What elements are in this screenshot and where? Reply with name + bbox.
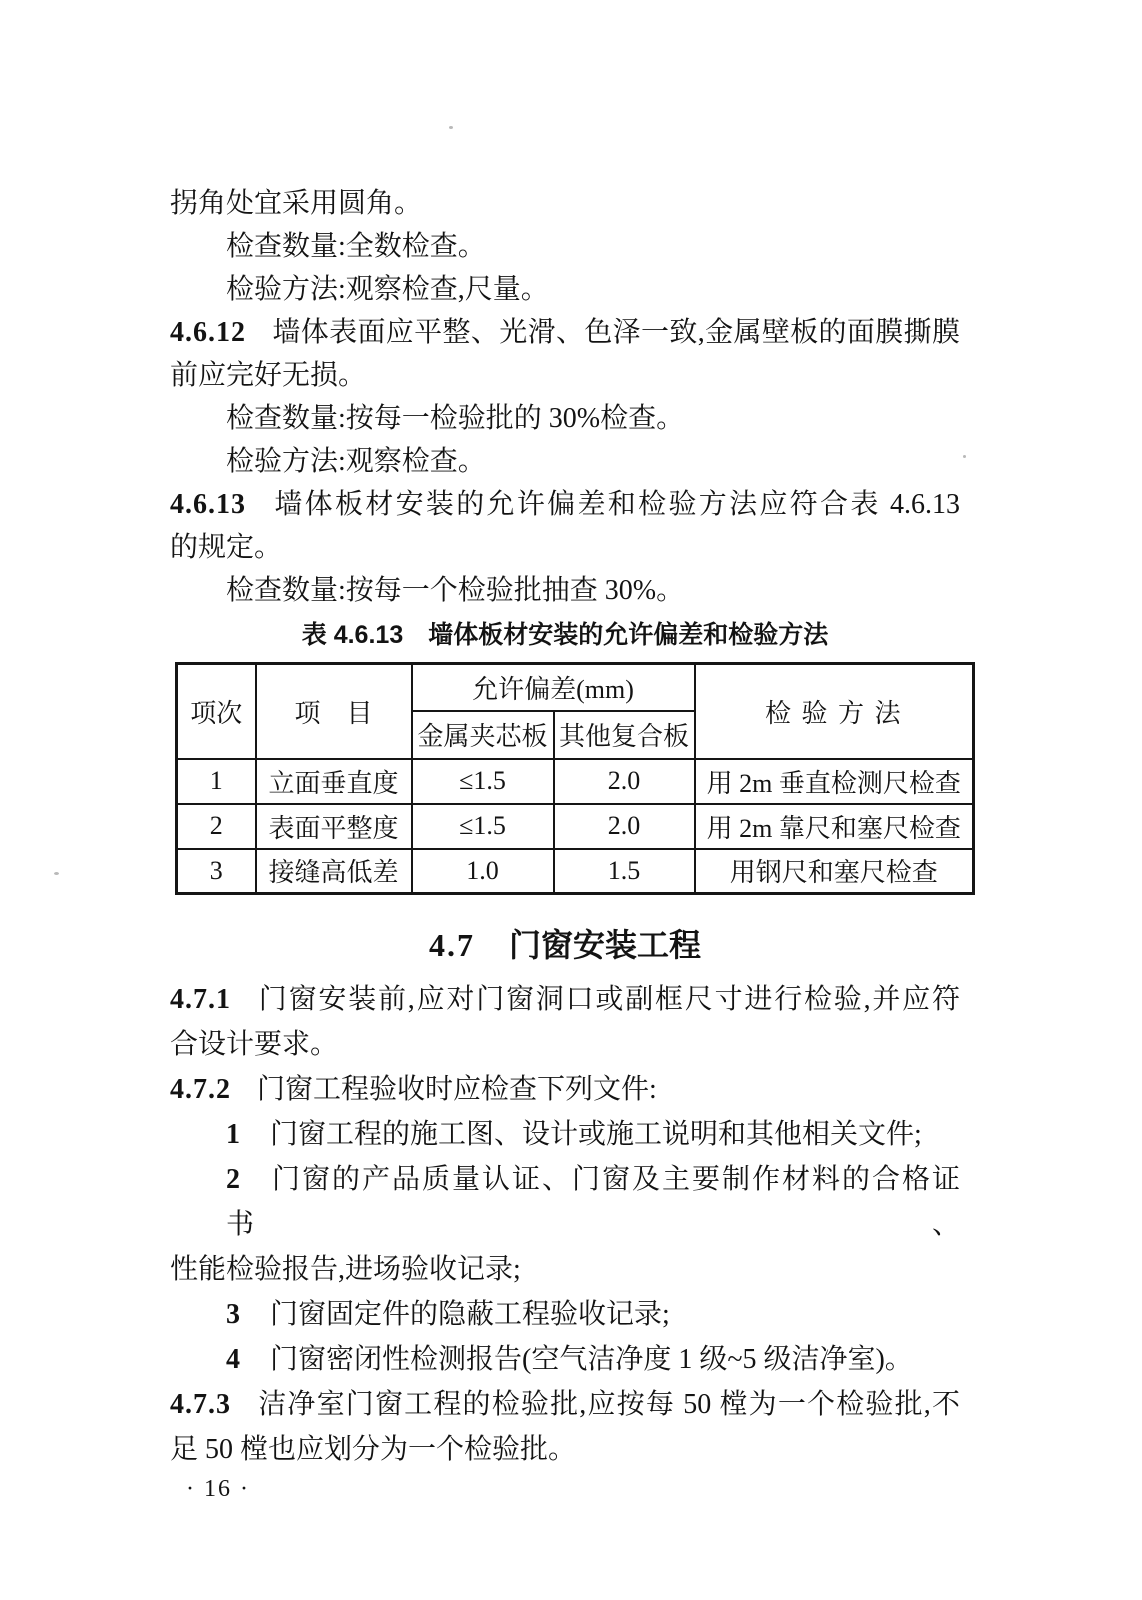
- clause-4-7-2: 4.7.2门窗工程验收时应检查下列文件:: [170, 1067, 960, 1112]
- clause-text: 洁净室门窗工程的检验批,应按每 50 樘为一个检验批,不: [257, 1389, 960, 1420]
- clause-line: 4.6.12墙体表面应平整、光滑、色泽一致,金属壁板的面膜撕膜: [170, 311, 960, 354]
- cell-other: 1.5: [554, 849, 695, 894]
- list-item-1: 1门窗工程的施工图、设计或施工说明和其他相关文件;: [170, 1112, 960, 1157]
- item-text: 门窗工程的施工图、设计或施工说明和其他相关文件;: [270, 1119, 922, 1150]
- clause-4-7-3: 4.7.3洁净室门窗工程的检验批,应按每 50 樘为一个检验批,不 足 50 樘…: [170, 1382, 960, 1472]
- clause-4-6-12: 4.6.12墙体表面应平整、光滑、色泽一致,金属壁板的面膜撕膜 前应完好无损。: [170, 311, 960, 397]
- clause-line: 4.6.13墙体板材安装的允许偏差和检验方法应符合表 4.6.13: [170, 483, 960, 526]
- clause-line: 足 50 樘也应划分为一个检验批。: [170, 1427, 960, 1472]
- check-method-line: 检验方法:观察检查。: [170, 440, 960, 483]
- page-content: 拐角处宜采用圆角。 检查数量:全数检查。 检验方法:观察检查,尺量。 4.6.1…: [170, 182, 960, 1504]
- item-number: 2: [226, 1164, 270, 1195]
- cell-metal: 1.0: [412, 849, 554, 894]
- cell-metal: ≤1.5: [412, 759, 554, 804]
- header-deviation-group: 允许偏差(mm): [412, 664, 695, 711]
- cell-index: 2: [177, 804, 256, 849]
- clause-text: 门窗工程验收时应检查下列文件:: [257, 1074, 657, 1105]
- item-line: 性能检验报告,进场验收记录;: [170, 1247, 960, 1292]
- list-item-3: 3门窗固定件的隐蔽工程验收记录;: [170, 1292, 960, 1337]
- cell-method: 用 2m 垂直检测尺检查: [695, 759, 974, 804]
- clause-text: 墙体表面应平整、光滑、色泽一致,金属壁板的面膜撕膜: [272, 317, 960, 348]
- item-line: 2门窗的产品质量认证、门窗及主要制作材料的合格证书、: [170, 1157, 960, 1247]
- scan-speck: [54, 872, 59, 875]
- table-row: 1 立面垂直度 ≤1.5 2.0 用 2m 垂直检测尺检查: [177, 759, 974, 804]
- cell-index: 1: [177, 759, 256, 804]
- header-index: 项次: [177, 664, 256, 759]
- table-row: 2 表面平整度 ≤1.5 2.0 用 2m 靠尺和塞尺检查: [177, 804, 974, 849]
- header-metal-panel: 金属夹芯板: [412, 711, 554, 759]
- clause-number: 4.6.13: [170, 489, 272, 520]
- scan-speck: [449, 126, 453, 129]
- header-method: 检 验 方 法: [695, 664, 974, 759]
- check-quantity-line: 检查数量:按每一检验批的 30%检查。: [170, 397, 960, 440]
- clause-number: 4.7.3: [170, 1389, 257, 1420]
- table-row: 3 接缝高低差 1.0 1.5 用钢尺和塞尺检查: [177, 849, 974, 894]
- section-4-7-body: 4.7.1门窗安装前,应对门窗洞口或副框尺寸进行检验,并应符 合设计要求。 4.…: [170, 977, 960, 1504]
- section-number: 4.7: [429, 927, 475, 963]
- section-title: 门窗安装工程: [509, 927, 701, 963]
- item-text: 门窗的产品质量认证、门窗及主要制作材料的合格证书、: [226, 1164, 960, 1240]
- clause-line: 的规定。: [170, 526, 960, 569]
- clause-text: 墙体板材安装的允许偏差和检验方法应符合表 4.6.13: [272, 489, 960, 520]
- cell-method: 用 2m 靠尺和塞尺检查: [695, 804, 974, 849]
- item-text: 门窗固定件的隐蔽工程验收记录;: [270, 1299, 670, 1330]
- list-item-2: 2门窗的产品质量认证、门窗及主要制作材料的合格证书、 性能检验报告,进场验收记录…: [170, 1157, 960, 1292]
- paragraph-corner-note: 拐角处宜采用圆角。: [170, 182, 960, 225]
- section-heading-4-7: 4.7门窗安装工程: [170, 921, 960, 969]
- cell-item: 表面平整度: [256, 804, 412, 849]
- clause-line: 合设计要求。: [170, 1022, 960, 1067]
- clause-text: 门窗安装前,应对门窗洞口或副框尺寸进行检验,并应符: [257, 984, 960, 1015]
- list-item-4: 4门窗密闭性检测报告(空气洁净度 1 级~5 级洁净室)。: [170, 1337, 960, 1382]
- tolerance-table: 项次 项 目 允许偏差(mm) 检 验 方 法 金属夹芯板 其他复合板 1 立面…: [175, 662, 975, 895]
- header-item: 项 目: [256, 664, 412, 759]
- clause-line: 前应完好无损。: [170, 354, 960, 397]
- clause-number: 4.7.2: [170, 1074, 257, 1105]
- clause-line: 4.7.3洁净室门窗工程的检验批,应按每 50 樘为一个检验批,不: [170, 1382, 960, 1427]
- table-caption: 表 4.6.13 墙体板材安装的允许偏差和检验方法: [170, 618, 960, 652]
- clause-line: 4.7.1门窗安装前,应对门窗洞口或副框尺寸进行检验,并应符: [170, 977, 960, 1022]
- check-method-line: 检验方法:观察检查,尺量。: [170, 268, 960, 311]
- cell-other: 2.0: [554, 804, 695, 849]
- cell-item: 立面垂直度: [256, 759, 412, 804]
- clause-4-7-1: 4.7.1门窗安装前,应对门窗洞口或副框尺寸进行检验,并应符 合设计要求。: [170, 977, 960, 1067]
- item-text: 门窗密闭性检测报告(空气洁净度 1 级~5 级洁净室)。: [270, 1344, 913, 1375]
- cell-method: 用钢尺和塞尺检查: [695, 849, 974, 894]
- document-page: 拐角处宜采用圆角。 检查数量:全数检查。 检验方法:观察检查,尺量。 4.6.1…: [0, 0, 1142, 1600]
- cell-item: 接缝高低差: [256, 849, 412, 894]
- scan-speck: [963, 455, 966, 458]
- item-number: 1: [226, 1119, 270, 1150]
- cell-other: 2.0: [554, 759, 695, 804]
- item-number: 4: [226, 1344, 270, 1375]
- table-header-row-1: 项次 项 目 允许偏差(mm) 检 验 方 法: [177, 664, 974, 711]
- item-number: 3: [226, 1299, 270, 1330]
- cell-metal: ≤1.5: [412, 804, 554, 849]
- check-quantity-line: 检查数量:全数检查。: [170, 225, 960, 268]
- clause-4-6-13: 4.6.13墙体板材安装的允许偏差和检验方法应符合表 4.6.13 的规定。: [170, 483, 960, 569]
- clause-number: 4.7.1: [170, 984, 257, 1015]
- clause-number: 4.6.12: [170, 317, 272, 348]
- header-other-panel: 其他复合板: [554, 711, 695, 759]
- page-number: · 16 ·: [170, 1474, 960, 1504]
- cell-index: 3: [177, 849, 256, 894]
- check-quantity-line: 检查数量:按每一个检验批抽查 30%。: [170, 569, 960, 612]
